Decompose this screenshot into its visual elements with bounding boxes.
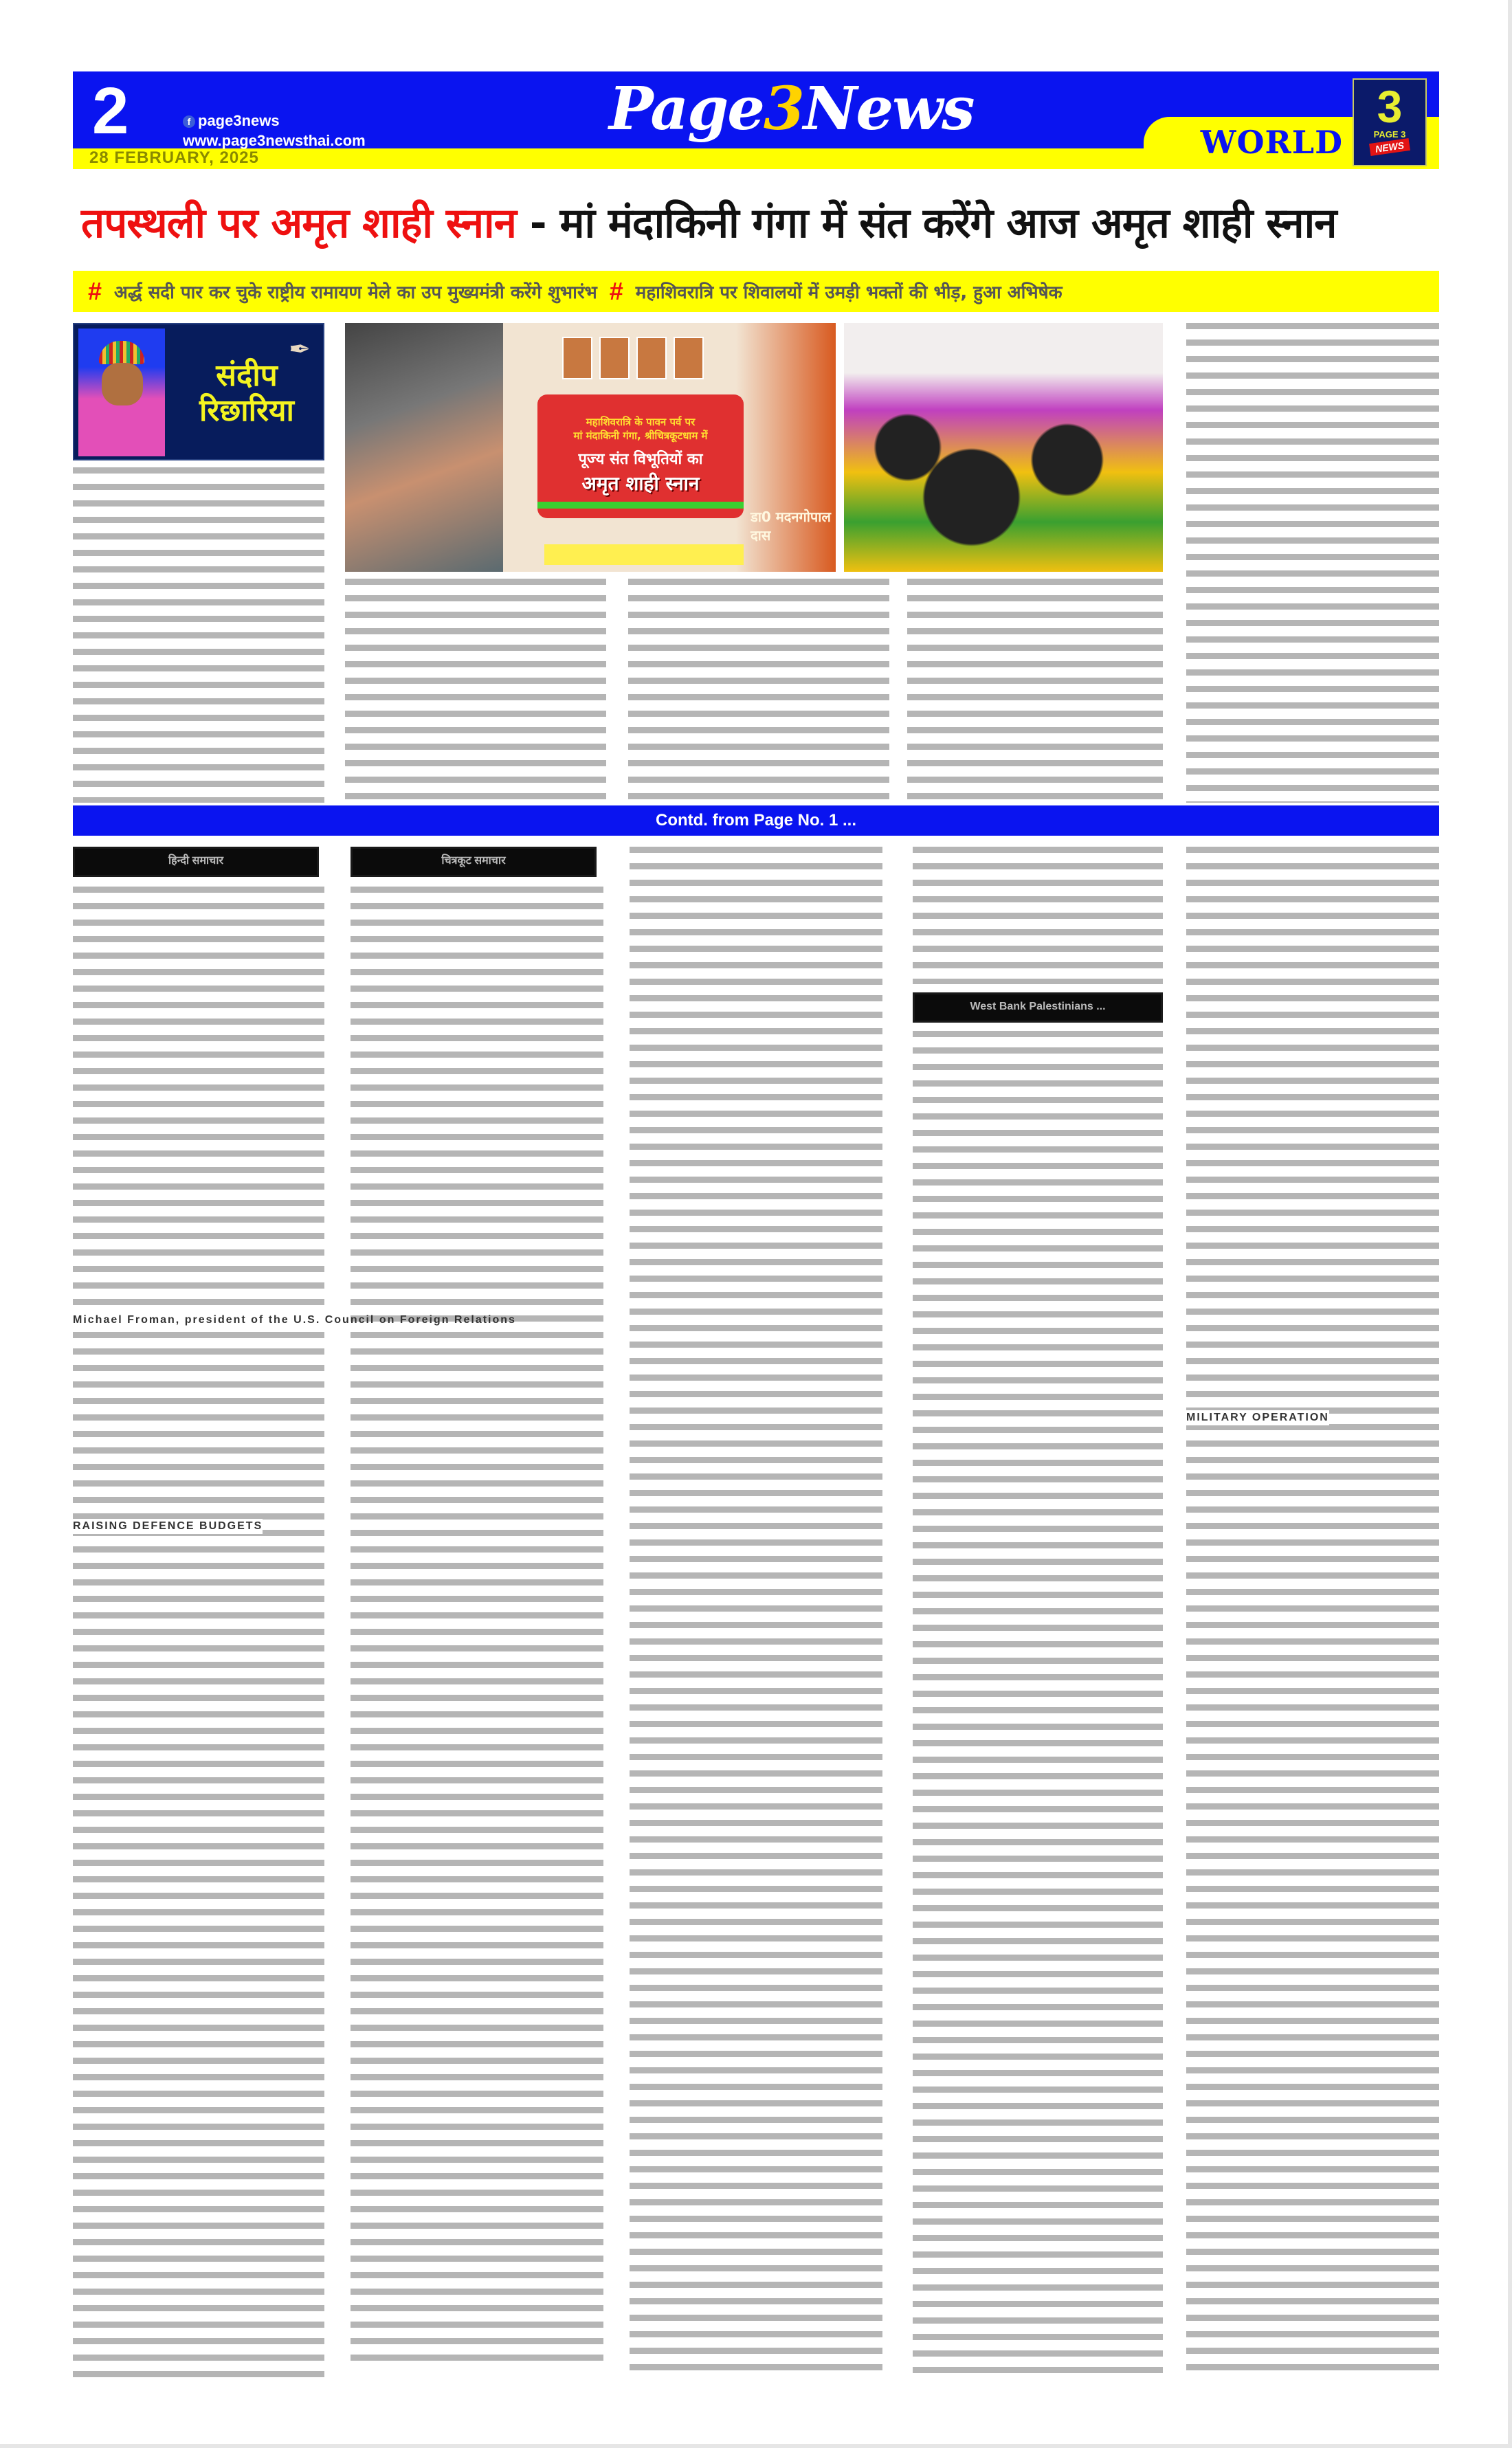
page3-badge-icon: 3 PAGE 3 NEWS xyxy=(1353,78,1427,166)
author-name: संदीप रिछारिया xyxy=(175,359,319,428)
author-name-line-1: संदीप xyxy=(175,359,319,394)
newspaper-page: 2 fpage3news www.page3newsthai.com 28 FE… xyxy=(0,0,1512,2448)
logo-suffix: News xyxy=(803,74,974,144)
poster-thumbnails xyxy=(562,337,704,379)
poster-green-band xyxy=(537,502,744,509)
section-heading: MILITARY OPERATION xyxy=(1186,1410,1329,1425)
article-column xyxy=(1186,847,1439,2379)
poster-line-3: पूज्य संत विभूतियों का xyxy=(537,448,744,469)
column-label-box: चित्रकूट समाचार xyxy=(351,847,597,877)
headline-part-2: मां मंदाकिनी गंगा में संत करेंगे आज अमृत… xyxy=(560,199,1337,247)
hash-icon: # xyxy=(610,277,623,306)
badge-tag: NEWS xyxy=(1369,138,1410,156)
section-heading: RAISING DEFENCE BUDGETS xyxy=(73,1519,263,1534)
ticker-item: महाशिवरात्रि पर शिवालयों में उमड़ी भक्तो… xyxy=(636,279,1063,304)
poster-line-2: मां मंदाकिनी गंगा, श्रीचित्रकूटधाम में xyxy=(537,429,744,443)
poster-speaker-name: डा0 मदनगोपाल दास xyxy=(751,507,836,544)
face-shape xyxy=(102,363,143,405)
section-heading: Michael Froman, president of the U.S. Co… xyxy=(73,1313,324,1328)
facebook-icon: f xyxy=(183,115,195,128)
social-links: fpage3news www.page3newsthai.com xyxy=(183,111,366,151)
author-photo xyxy=(78,329,165,456)
sadhu-bathing-photo xyxy=(345,323,504,572)
badge-label: PAGE 3 xyxy=(1354,129,1425,140)
issue-date: 28 FEBRUARY, 2025 xyxy=(89,148,259,168)
poster-red-panel: महाशिवरात्रि के पावन पर्व पर मां मंदाकिन… xyxy=(537,394,744,518)
article-column xyxy=(1186,323,1439,803)
section-label: WORLD xyxy=(1201,124,1343,161)
article-column xyxy=(345,579,606,803)
poster-line-1: महाशिवरात्रि के पावन पर्व पर xyxy=(537,415,744,429)
continued-from-page-1-bar: Contd. from Page No. 1 ... xyxy=(73,805,1439,836)
masthead: 2 fpage3news www.page3newsthai.com 28 FE… xyxy=(73,71,1439,169)
column-label-box: हिन्दी समाचार xyxy=(73,847,319,877)
poster-line-4: अमृत शाही स्नान xyxy=(537,470,744,496)
article-column xyxy=(630,847,882,2371)
facebook-handle: page3news xyxy=(198,112,280,129)
news-ticker: # अर्द्ध सदी पार कर चुके राष्ट्रीय रामाय… xyxy=(73,271,1439,312)
cap-shape xyxy=(99,341,144,364)
headline-part-1: तपस्थली पर अमृत शाही स्नान xyxy=(81,199,516,247)
article-column xyxy=(73,887,324,2378)
ticker-item: अर्द्ध सदी पार कर चुके राष्ट्रीय रामायण … xyxy=(114,279,597,304)
badge-number: 3 xyxy=(1354,84,1425,129)
poster-footer-band xyxy=(544,544,744,565)
author-profile-box: ✒ संदीप रिछारिया xyxy=(73,323,324,460)
newspaper-logo: Page3News xyxy=(609,77,974,142)
article-column xyxy=(73,467,324,803)
article-column xyxy=(628,579,889,803)
article-column xyxy=(351,887,603,2371)
hash-icon: # xyxy=(88,277,102,306)
website-link[interactable]: www.page3newsthai.com xyxy=(183,131,366,151)
page-number: 2 xyxy=(92,78,129,144)
main-headline: तपस्थली पर अमृत शाही स्नान - मां मंदाकिन… xyxy=(81,192,1435,254)
headline-separator: - xyxy=(516,199,560,247)
author-name-line-2: रिछारिया xyxy=(175,394,319,429)
facebook-link[interactable]: fpage3news xyxy=(183,111,366,131)
column-label-box: West Bank Palestinians ... xyxy=(913,992,1163,1023)
logo-digit: 3 xyxy=(764,74,803,144)
article-column xyxy=(907,579,1163,803)
shivling-shrine-photo xyxy=(844,323,1163,572)
logo-prefix: Page xyxy=(609,74,764,144)
article-column xyxy=(913,1031,1163,2381)
article-column xyxy=(913,847,1163,984)
event-poster-image: महाशिवरात्रि के पावन पर्व पर मां मंदाकिन… xyxy=(503,323,836,572)
